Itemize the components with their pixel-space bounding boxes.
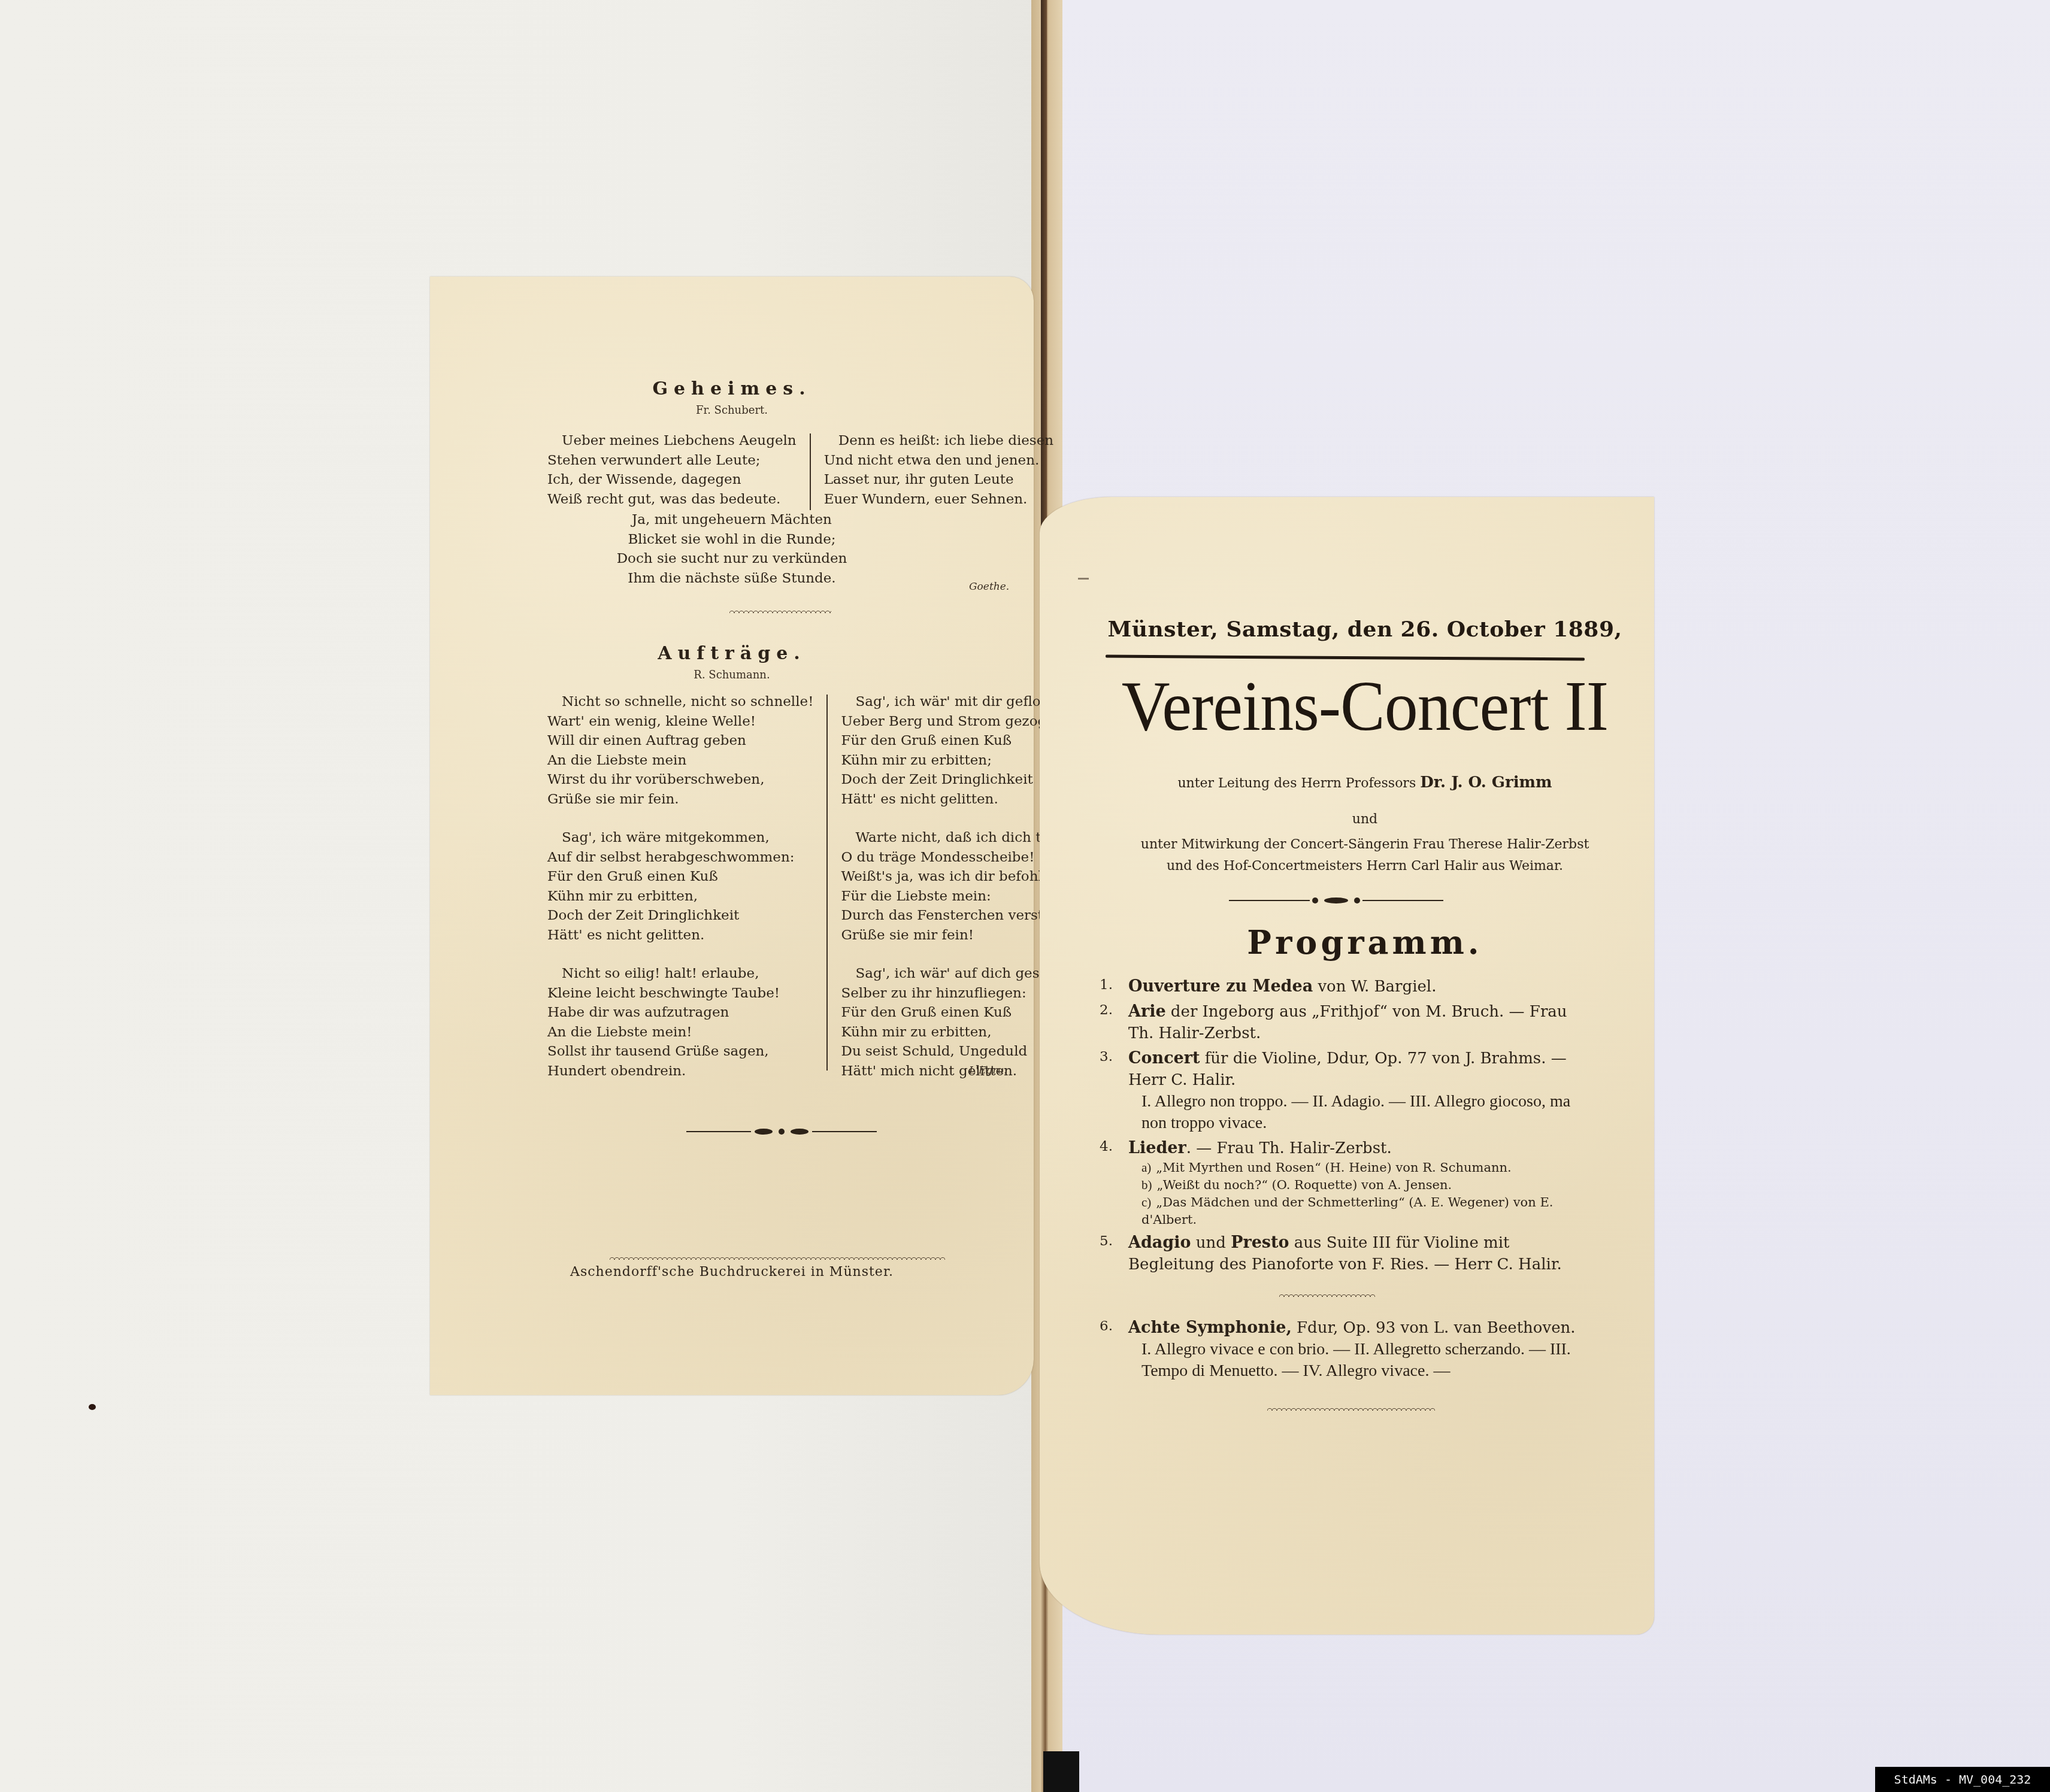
verse-line: Blicket sie wohl in die Runde; [430, 530, 1034, 550]
spine-foot [1043, 1751, 1079, 1792]
concert-date: Münster, Samstag, den 26. October 1889, [1058, 617, 1672, 642]
item-number: 2. [1100, 1001, 1128, 1044]
verse-line: Grüße sie mir fein. [547, 790, 813, 809]
poem-2-header: Aufträge. R. Schumann. [430, 643, 1034, 681]
poem-1-col-1: Ueber meines Liebchens Aeugeln Stehen ve… [547, 431, 797, 510]
work-title-2: Presto [1231, 1233, 1289, 1252]
concert-title: Vereins-Concert II [1058, 666, 1672, 747]
verse-line: An die Liebste mein [547, 751, 813, 771]
wavy-divider [729, 608, 831, 613]
ornament-divider [686, 1128, 877, 1135]
column-divider [826, 695, 828, 1071]
programme-item-6: 6. Achte Symphonie, Fdur, Op. 93 von L. … [1100, 1317, 1597, 1382]
ink-spot [89, 1404, 96, 1410]
song-label: a) [1141, 1160, 1151, 1175]
verse-line: Sag', ich wäre mitgekommen, [547, 828, 813, 848]
item-number: 1. [1100, 976, 1128, 997]
verse-line: Ihm die nächste süße Stunde. [430, 569, 1034, 589]
work-title: Achte Symphonie, [1128, 1318, 1292, 1337]
verse-line: Will dir einen Auftrag geben [547, 731, 813, 751]
printer-imprint: Aschendorff'sche Buchdruckerei in Münste… [430, 1265, 1034, 1279]
programme-item-3: 3. Concert für die Violine, Ddur, Op. 77… [1100, 1048, 1597, 1134]
conductor-line: unter Leitung des Herrn Professors Dr. J… [1058, 774, 1672, 792]
programme-item-5: 5. Adagio und Presto aus Suite III für V… [1100, 1232, 1597, 1275]
poem-2-col-1: Nicht so schnelle, nicht so schnelle! Wa… [547, 692, 813, 1081]
wavy-divider [1267, 1406, 1435, 1411]
programme-item-1: 1. Ouverture zu Medea von W. Bargiel. [1100, 976, 1597, 997]
programme-item-2: 2. Arie der Ingeborg aus „Frithjof“ von … [1100, 1001, 1597, 1044]
item-number: 6. [1100, 1317, 1128, 1382]
work-details: Fdur, Op. 93 von L. van Beethoven. [1292, 1319, 1576, 1337]
item-number: 3. [1100, 1048, 1128, 1134]
work-title: Arie [1128, 1002, 1166, 1021]
poem-composer: R. Schumann. [430, 669, 1034, 681]
lyrics-sheet: Geheimes. Fr. Schubert. Ueber meines Lie… [430, 277, 1034, 1395]
song-text: „Weißt du noch?“ (O. Roquette) von A. Je… [1157, 1178, 1452, 1192]
verse-line: Stehen verwundert alle Leute; [547, 451, 797, 471]
verse-line: Wart' ein wenig, kleine Welle! [547, 712, 813, 732]
and-line: und [1058, 812, 1672, 827]
song-text: „Mit Myrthen und Rosen“ (H. Heine) von R… [1156, 1160, 1511, 1175]
programme-list: 1. Ouverture zu Medea von W. Bargiel. 2.… [1100, 976, 1597, 1411]
work-title: Lieder [1128, 1139, 1186, 1157]
work-title: Concert [1128, 1049, 1200, 1068]
work-details: der Ingeborg aus „Frithjof“ von M. Bruch… [1128, 1003, 1567, 1042]
work-title: Adagio [1128, 1233, 1191, 1252]
movements: I. Allegro non troppo. — II. Adagio. — I… [1128, 1091, 1597, 1134]
verse-line: Doch sie sucht nur zu verkünden [430, 549, 1034, 569]
concert-programme: Münster, Samstag, den 26. October 1889, … [1040, 497, 1654, 1635]
verse-line: Euer Wundern, euer Sehnen. [824, 490, 1053, 510]
poem-title: Geheimes. [430, 378, 1034, 399]
column-divider [810, 433, 811, 510]
verse-line: Kleine leicht beschwingte Taube! [547, 984, 813, 1003]
work-title: Ouverture zu Medea [1128, 977, 1313, 996]
verse-line: An die Liebste mein! [547, 1023, 813, 1042]
verse-line: Auf dir selbst herabgeschwommen: [547, 848, 813, 868]
song-b: b)„Weißt du noch?“ (O. Roquette) von A. … [1128, 1177, 1597, 1194]
archive-signature-label: StdAMs - MV_004_232 [1875, 1767, 2050, 1792]
verse-line: Denn es heißt: ich liebe diesen [824, 431, 1053, 451]
song-label: c) [1141, 1195, 1151, 1209]
verse-line: Ja, mit ungeheuern Mächten [430, 510, 1034, 530]
programme-heading: Programm. [1058, 923, 1672, 962]
item-number: 4. [1100, 1138, 1128, 1229]
verse-line: Habe dir was aufzutragen [547, 1003, 813, 1023]
soloist-line-2: und des Hof-Concertmeisters Herrn Carl H… [1058, 859, 1672, 874]
poem-1-closing-stanza: Ja, mit ungeheuern Mächten Blicket sie w… [430, 510, 1034, 588]
verse-line: Doch der Zeit Dringlichkeit [547, 906, 813, 926]
poem-1-col-2: Denn es heißt: ich liebe diesen Und nich… [824, 431, 1053, 510]
direction-prefix: unter Leitung des Herrn Professors [1177, 776, 1416, 791]
poet-credit: L'Egru. [969, 1065, 1007, 1077]
poem-2-columns: Nicht so schnelle, nicht so schnelle! Wa… [547, 692, 1088, 1081]
song-label: b) [1141, 1178, 1152, 1192]
verse-line: Hätt' es nicht gelitten. [547, 926, 813, 945]
verse-line: Ich, der Wissende, dagegen [547, 470, 797, 490]
verse-line: Hundert obendrein. [547, 1062, 813, 1081]
title-rule [1106, 655, 1585, 661]
verse-line: Nicht so eilig! halt! erlaube, [547, 964, 813, 984]
work-details: . — Frau Th. Halir-Zerbst. [1186, 1139, 1392, 1157]
verse-line: Ueber meines Liebchens Aeugeln [547, 431, 797, 451]
song-text: „Das Mädchen und der Schmetterling“ (A. … [1141, 1195, 1553, 1227]
wavy-divider [610, 1255, 945, 1260]
verse-line: Sollst ihr tausend Grüße sagen, [547, 1042, 813, 1062]
ornament-divider [1229, 897, 1443, 904]
verse-line: Weiß recht gut, was das bedeute. [547, 490, 797, 510]
verse-line: Wirst du ihr vorüberschweben, [547, 770, 813, 790]
verse-line: Kühn mir zu erbitten, [547, 887, 813, 906]
work-details: von W. Bargiel. [1313, 978, 1436, 996]
poem-1-header: Geheimes. Fr. Schubert. [430, 378, 1034, 417]
item-number: 5. [1100, 1232, 1128, 1275]
verse-line: Nicht so schnelle, nicht so schnelle! [547, 692, 813, 712]
verse-line: Und nicht etwa den und jenen. [824, 451, 1053, 471]
poem-title: Aufträge. [430, 643, 1034, 664]
movements: I. Allegro vivace e con brio. — II. Alle… [1128, 1339, 1597, 1382]
verse-line: Für den Gruß einen Kuß [547, 867, 813, 887]
poem-composer: Fr. Schubert. [430, 404, 1034, 417]
verse-line: Lasset nur, ihr guten Leute [824, 470, 1053, 490]
programme-item-4: 4. Lieder. — Frau Th. Halir-Zerbst. a)„M… [1100, 1138, 1597, 1229]
wavy-divider [1279, 1292, 1375, 1297]
faint-mark [1078, 578, 1089, 580]
poet-credit: Goethe. [969, 581, 1009, 593]
song-c: c)„Das Mädchen und der Schmetterling“ (A… [1128, 1194, 1597, 1229]
conjunction: und [1191, 1234, 1231, 1252]
conductor-name: Dr. J. O. Grimm [1420, 774, 1552, 792]
poem-1-columns: Ueber meines Liebchens Aeugeln Stehen ve… [547, 431, 1053, 510]
soloist-line-1: unter Mitwirkung der Concert-Sängerin Fr… [1058, 837, 1672, 852]
song-a: a)„Mit Myrthen und Rosen“ (H. Heine) von… [1128, 1159, 1597, 1177]
